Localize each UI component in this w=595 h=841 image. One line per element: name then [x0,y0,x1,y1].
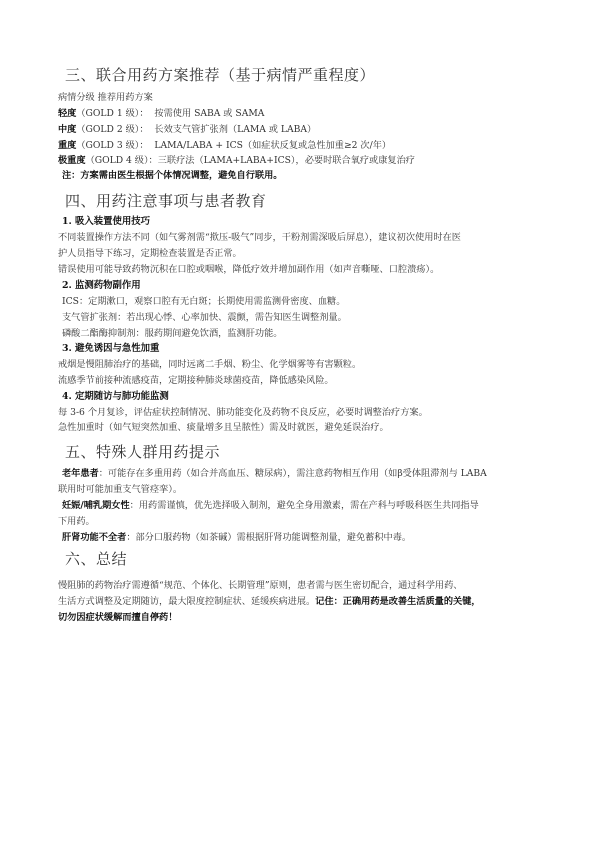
subsection-title: 1. 吸入装置使用技巧 [62,216,150,228]
treatment-plan: 三联疗法（LAMA+LABA+ICS），必要时联合氧疗或康复治疗 [158,155,415,166]
severity-level: 中度 [58,124,76,135]
table-row: 重度（GOLD 3 级）： LAMA/LABA + ICS（如症状反复或急性加重… [58,140,391,152]
table-row: 极重度（GOLD 4 级）：三联疗法（LAMA+LABA+ICS），必要时联合氧… [58,155,415,167]
body-line: 下用药。 [58,516,95,528]
body-line: 流感季节前接种流感疫苗，定期接种肺炎球菌疫苗，降低感染风险。 [58,375,334,387]
body-line: 护人员指导下练习，定期检查装置是否正常。 [58,248,242,260]
summary-emphasis: 切勿因症状缓解而擅自停药！ [58,612,177,624]
document-page: 三、联合用药方案推荐（基于病情严重程度） 病情分级 推荐用药方案 轻度（GOLD… [0,0,595,841]
group-text: ：可能存在多重用药（如合并高血压、糖尿病），需注意药物相互作用（如β受体阻滞剂与… [99,468,487,479]
body-line: 每 3-6 个月复诊，评估症状控制情况、肺功能变化及药物不良反应，必要时调整治疗… [58,407,428,419]
table-row: 轻度（GOLD 1 级）： 按需使用 SABA 或 SAMA [58,108,264,120]
treatment-plan: LAMA/LABA + ICS（如症状反复或急性加重≥2 次/年） [154,140,391,151]
gold-grade: （GOLD 2 级）： [76,124,148,135]
summary-line: 生活方式调整及定期随访，最大限度控制症状、延缓疾病进展。记住：正确用药是改善生活… [58,596,481,608]
special-group: 妊娠/哺乳期女性：用药需谨慎，优先选择吸入制剂，避免全身用激素，需在产科与呼吸科… [62,500,479,512]
subsection-title: 2. 监测药物副作用 [62,280,141,292]
subsection-title: 4. 定期随访与肺功能监测 [62,391,169,403]
section-3-heading: 三、联合用药方案推荐（基于病情严重程度） [65,64,375,85]
special-group: 肝肾功能不全者：部分口服药物（如茶碱）需根据肝肾功能调整剂量，避免蓄积中毒。 [62,532,411,544]
summary-emphasis: 记住：正确用药是改善生活质量的关键， [315,596,480,607]
section-5-heading: 五、特殊人群用药提示 [65,441,220,462]
body-line: ICS：定期漱口，观察口腔有无白斑；长期使用需监测骨密度、血糖。 [62,296,345,308]
gold-grade: （GOLD 3 级）： [76,140,148,151]
summary-line: 慢阻肺的药物治疗需遵循“规范、个体化、长期管理”原则，患者需与医生密切配合，通过… [58,580,462,592]
body-line: 不同装置操作方法不同（如气雾剂需“揿压-吸气”同步，干粉剂需深吸后屏息），建议初… [58,232,461,244]
subsection-title: 3. 避免诱因与急性加重 [62,343,159,355]
body-line: 急性加重时（如气短突然加重、痰量增多且呈脓性）需及时就医，避免延误治疗。 [58,422,389,434]
section-4-heading: 四、用药注意事项与患者教育 [65,190,267,211]
treatment-plan: 按需使用 SABA 或 SAMA [154,108,264,119]
body-line: 联用时可能加重支气管痉挛）。 [58,484,182,496]
severity-level: 重度 [58,140,76,151]
group-label: 肝肾功能不全者 [62,532,126,543]
body-line: 戒烟是慢阻肺治疗的基础，同时远离二手烟、粉尘、化学烟雾等有害颗粒。 [58,359,361,371]
group-label: 老年患者 [62,468,99,479]
gold-grade: （GOLD 1 级）： [76,108,148,119]
group-text: ：用药需谨慎，优先选择吸入制剂，避免全身用激素，需在产科与呼吸科医生共同指导 [130,500,479,511]
table-header: 病情分级 推荐用药方案 [58,92,153,104]
body-line: 支气管扩张剂：若出现心悸、心率加快、震颤，需告知医生调整剂量。 [62,312,347,324]
special-group: 老年患者：可能存在多重用药（如合并高血压、糖尿病），需注意药物相互作用（如β受体… [62,468,487,480]
body-line: 磷酸二酯酶抑制剂：服药期间避免饮酒，监测肝功能。 [62,328,283,340]
severity-level: 极重度 [58,155,86,166]
severity-level: 轻度 [58,108,76,119]
summary-text: 生活方式调整及定期随访，最大限度控制症状、延缓疾病进展。 [58,596,315,607]
note: 注：方案需由医生根据个体情况调整，避免自行联用。 [62,170,283,182]
gold-grade: （GOLD 4 级）： [86,155,158,166]
treatment-plan: 长效支气管扩张剂（LAMA 或 LABA） [154,124,316,135]
table-row: 中度（GOLD 2 级）： 长效支气管扩张剂（LAMA 或 LABA） [58,124,316,136]
body-line: 错误使用可能导致药物沉积在口腔或咽喉，降低疗效并增加副作用（如声音嘶哑、口腔溃疡… [58,264,439,276]
group-text: ：部分口服药物（如茶碱）需根据肝肾功能调整剂量，避免蓄积中毒。 [126,532,411,543]
section-6-heading: 六、总结 [65,548,127,569]
group-label: 妊娠/哺乳期女性 [62,500,130,511]
